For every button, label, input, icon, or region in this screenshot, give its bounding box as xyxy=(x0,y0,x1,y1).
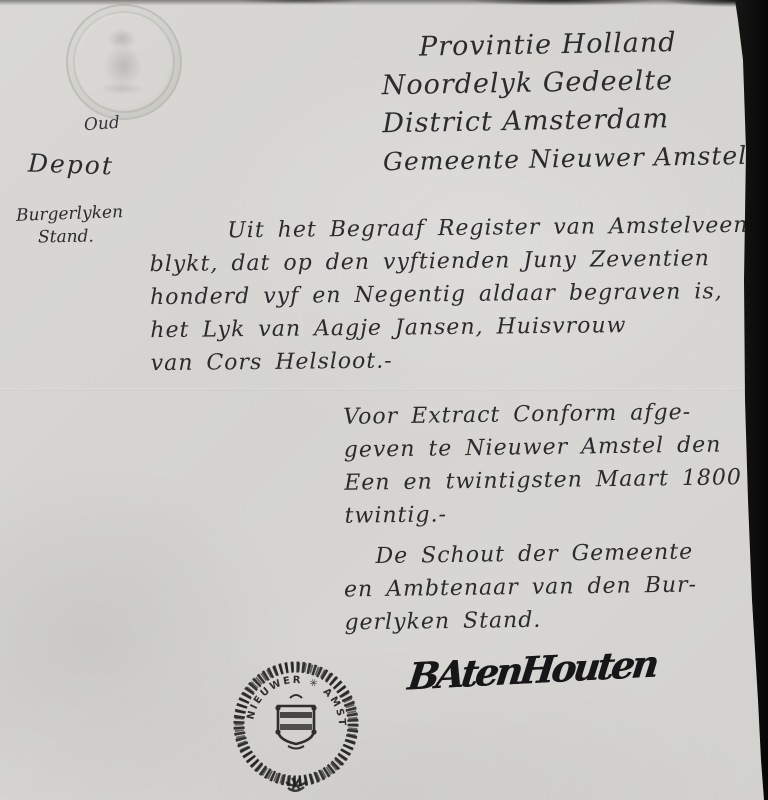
document-scan: Oud Depot Burgerlyken Stand. Provintie H… xyxy=(0,0,768,800)
header-line: Provintie Holland xyxy=(419,23,755,67)
header-line: Gemeente Nieuwer Amstel. xyxy=(383,137,757,182)
registry-label-line1: Burgerlyken xyxy=(16,202,124,226)
body-line: Een en twintigsten Maart 1800 xyxy=(344,461,742,500)
header-line: Noordelyk Gedeelte xyxy=(381,61,755,106)
header-line: District Amsterdam xyxy=(382,99,756,144)
registry-label-line2: Stand. xyxy=(38,227,94,248)
scan-edge-top xyxy=(0,0,768,10)
depot-label: Depot xyxy=(28,149,115,181)
stamp-coat-of-arms xyxy=(275,695,316,749)
body-paragraph-1: Uit het Begraaf Register van Amstelveen … xyxy=(149,209,750,380)
body-line: geven te Nieuwer Amstel den xyxy=(344,428,742,467)
body-line: De Schout der Gemeente xyxy=(375,536,696,573)
marginal-note: Oud xyxy=(83,113,120,135)
body-paragraph-2: Voor Extract Conform afge- geven te Nieu… xyxy=(343,395,742,533)
body-line: honderd vyf en Negentig aldaar begraven … xyxy=(150,275,750,314)
body-line: en Ambtenaar van den Bur- xyxy=(344,569,697,607)
body-paragraph-3: De Schout der Gemeente en Ambtenaar van … xyxy=(343,536,697,640)
paper-fold xyxy=(0,388,768,391)
municipal-stamp-icon: NIEUWER ✳ AMSTEL xyxy=(228,650,364,796)
body-line: Uit het Begraaf Register van Amstelveen xyxy=(227,209,749,247)
embossed-seal-emblem xyxy=(84,22,160,98)
body-line: gerlyken Stand. xyxy=(344,602,697,640)
document-header: Provintie Holland Noordelyk Gedeelte Dis… xyxy=(381,23,757,181)
embossed-seal-icon xyxy=(66,4,182,120)
body-line: van Cors Helsloot.- xyxy=(151,341,751,380)
body-line: twintig.- xyxy=(344,494,742,533)
signature: BAtenHouten xyxy=(405,641,658,698)
body-line: Voor Extract Conform afge- xyxy=(343,395,741,434)
